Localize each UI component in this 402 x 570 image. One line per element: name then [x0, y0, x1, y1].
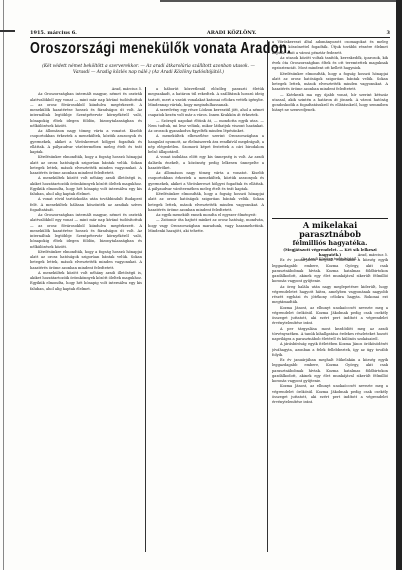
article-column-2: a háborút közvetlenül előzőleg paraszti …: [148, 87, 264, 552]
paragraph: Kozma Jánost, az elhunyt unokaöccsét nev…: [272, 384, 388, 405]
paragraph: — Zsitomir óta hajtott minket az orosz h…: [148, 218, 264, 234]
paragraph: Az Oroszországban internált magyar, néme…: [30, 213, 142, 250]
article2-headline-line2: félmilliós hagyatéka.: [272, 239, 388, 247]
paragraph: — Kiérkezik ma egy újabb vonat, hír szer…: [272, 93, 388, 114]
paragraph: Kozma Jánost, az elhunyt unokaöccsét nev…: [272, 306, 388, 327]
paragraph: A vonat rövid tartózkodás után továbbind…: [30, 197, 142, 213]
paragraph: Az Oroszországban internált magyar, néme…: [30, 92, 142, 129]
paragraph: Kérdésünkre elmondták, hogy a fogság hos…: [30, 250, 142, 271]
paragraph: A menekültek között volt néhány aradi il…: [30, 176, 142, 197]
page-number: 3: [387, 30, 390, 36]
article-divider: [272, 218, 388, 219]
article2-headline-line1: A mikelakai parasztnábob: [272, 221, 388, 239]
paragraph: Ez év januárjában meghalt Mikelakán a kö…: [272, 358, 388, 384]
paragraph: Kérdésünkre elmondták, hogy a fogság hos…: [30, 155, 142, 176]
article-column-3: a Vöröskereszt által adományozott csomag…: [272, 40, 388, 216]
article2-body: Arad, március 5. Ez év januárjában megha…: [272, 253, 388, 552]
page-edge-left: [3, 0, 4, 570]
paragraph: A szerelvény egy része Lódzon keresztül …: [148, 108, 264, 119]
paragraph: A per tárgyalása most kezdődött meg az a…: [272, 327, 388, 343]
article-column-1: Arad, március 5. Az Oroszországban inter…: [30, 87, 142, 557]
column-rule: [145, 87, 146, 552]
paragraph: Kérdésünkre elmondták, hogy a fogság hos…: [272, 72, 388, 93]
margin-mark: [0, 30, 15, 32]
paragraph: A menekültek elbeszélése szerint Oroszor…: [148, 134, 264, 155]
page-edge-right: [396, 0, 402, 570]
paragraph: A járásbíróság egyik ítéletében Kozma Já…: [272, 342, 388, 358]
paragraph: — Szörnyű napokat éltünk át, — mondotta …: [148, 119, 264, 135]
article-subhead: (Két védett német beköltött a szerverekk…: [36, 64, 261, 76]
paragraph: Az állomáson nagy tömeg várta a vonatot.…: [148, 171, 264, 192]
page-edge-top: [160, 0, 396, 2]
paragraph: Az utasok között voltak tanítók, kereske…: [272, 56, 388, 72]
paragraph: Kérdésünkre elmondták, hogy a fogság hos…: [148, 192, 264, 213]
paragraph: A menekültek között volt néhány aradi il…: [30, 271, 142, 292]
paragraph: Az állomáson nagy tömeg várta a vonatot.…: [30, 129, 142, 155]
article-headline: Oroszországi menekülők vonata Aradon.: [30, 40, 224, 58]
page-header: 1915. március 6. ARADI KÖZLÖNY. 3: [30, 26, 390, 38]
paragraph: Ez év januárjában meghalt Mikelakán a kö…: [272, 258, 388, 284]
paragraph: A vonat indulása előtt egy kis ünnepség …: [148, 155, 264, 171]
paragraph: Az öreg halála után nagy meglepetésre ki…: [272, 285, 388, 306]
issue-date: 1915. március 6.: [30, 30, 77, 36]
column-rule: [267, 40, 268, 552]
paragraph: a Vöröskereszt által adományozott csomag…: [272, 40, 388, 56]
newspaper-title: ARADI KÖZLÖNY.: [207, 30, 257, 36]
paragraph: a háborút közvetlenül előzőleg paraszti …: [148, 87, 264, 108]
